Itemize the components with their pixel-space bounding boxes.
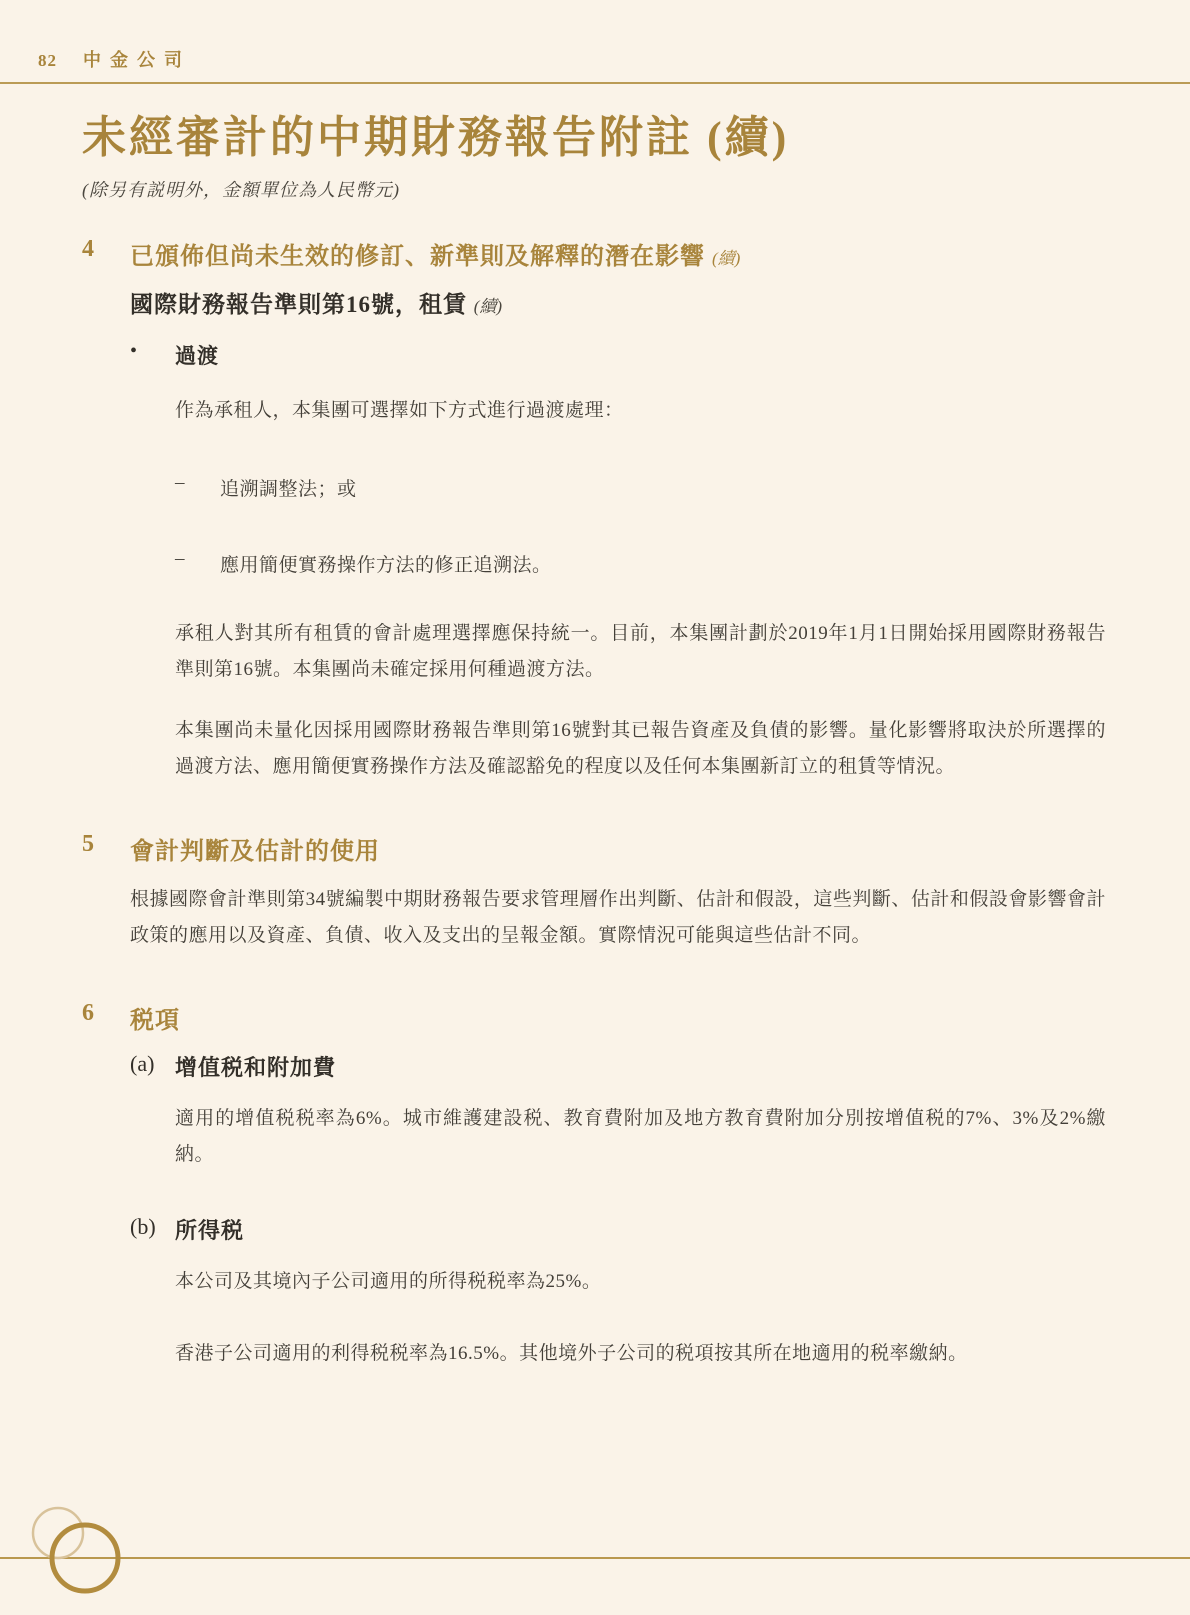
option-item-1-text: 追溯調整法；或 — [220, 472, 357, 508]
transition-bullet: • 過渡 — [130, 340, 1106, 370]
section-6-body: 税項 (a) 增值税和附加費 適用的增值税税率為6%。城市維護建設税、教育費附加… — [130, 1000, 1106, 1372]
footer-circles-decoration — [0, 1490, 170, 1615]
subsection-b-title: 所得税 — [175, 1214, 244, 1245]
document-title: 未經審計的中期財務報告附註 (續) — [82, 110, 1106, 165]
ifrs16-continued-marker: (續) — [474, 297, 502, 316]
income-tax-paragraph: 本公司及其境內子公司適用的所得税税率為25%。 — [175, 1264, 1106, 1300]
subsection-b: (b) 所得税 — [130, 1214, 1106, 1245]
section-4-continued-marker: (續) — [712, 249, 740, 268]
judgements-paragraph: 根據國際會計準則第34號編製中期財務報告要求管理層作出判斷、估計和假設，這些判斷… — [130, 882, 1106, 954]
transition-intro-paragraph: 作為承租人，本集團可選擇如下方式進行過渡處理： — [175, 393, 1106, 429]
option-item-1: – 追溯調整法；或 — [175, 472, 1106, 508]
page-content: 未經審計的中期財務報告附註 (續) (除另有説明外，金額單位為人民幣元) 4 已… — [82, 110, 1106, 1372]
circle-light — [33, 1508, 83, 1558]
subsection-b-content: 本公司及其境內子公司適用的所得税税率為25%。 香港子公司適用的利得税税率為16… — [175, 1264, 1106, 1372]
section-4-heading: 已頒佈但尚未生效的修訂、新準則及解釋的潛在影響 (續) — [130, 236, 1106, 271]
bullet-icon: • — [130, 340, 175, 370]
section-5-heading-text: 會計判斷及估計的使用 — [130, 839, 380, 865]
company-name: 中金公司 — [83, 50, 191, 70]
subsection-a-title: 增值税和附加費 — [175, 1051, 336, 1082]
transition-content: 作為承租人，本集團可選擇如下方式進行過渡處理： – 追溯調整法；或 – 應用簡便… — [175, 393, 1106, 785]
option-item-2: – 應用簡便實務操作方法的修正追溯法。 — [175, 548, 1106, 584]
footer-rule — [0, 1557, 1190, 1559]
section-5-heading: 會計判斷及估計的使用 — [130, 831, 1106, 866]
section-5: 5 會計判斷及估計的使用 根據國際會計準則第34號編製中期財務報告要求管理層作出… — [82, 831, 1106, 954]
page-number: 82 — [38, 51, 57, 70]
section-5-body: 會計判斷及估計的使用 根據國際會計準則第34號編製中期財務報告要求管理層作出判斷… — [130, 831, 1106, 954]
subsection-a-label: (a) — [130, 1051, 175, 1082]
section-6-number: 6 — [82, 1000, 130, 1372]
quantification-paragraph: 本集團尚未量化因採用國際財務報告準則第16號對其已報告資產及負債的影響。量化影響… — [175, 713, 1106, 785]
ifrs16-subheading: 國際財務報告準則第16號，租賃 (續) — [130, 286, 1106, 319]
ifrs16-subheading-text: 國際財務報告準則第16號，租賃 — [130, 292, 467, 317]
subsection-a-content: 適用的增值税税率為6%。城市維護建設税、教育費附加及地方教育費附加分別按增值税的… — [175, 1101, 1106, 1173]
section-5-number: 5 — [82, 831, 130, 954]
subsection-a: (a) 增值税和附加費 — [130, 1051, 1106, 1082]
section-4: 4 已頒佈但尚未生效的修訂、新準則及解釋的潛在影響 (續) 國際財務報告準則第1… — [82, 236, 1106, 785]
report-page: 82中金公司 未經審計的中期財務報告附註 (續) (除另有説明外，金額單位為人民… — [0, 0, 1190, 1615]
section-4-number: 4 — [82, 236, 130, 785]
subsection-b-label: (b) — [130, 1214, 175, 1245]
section-6: 6 税項 (a) 增值税和附加費 適用的增值税税率為6%。城市維護建設税、教育費… — [82, 1000, 1106, 1372]
hk-profits-tax-paragraph: 香港子公司適用的利得税税率為16.5%。其他境外子公司的税項按其所在地適用的税率… — [175, 1336, 1106, 1372]
option-item-2-text: 應用簡便實務操作方法的修正追溯法。 — [220, 548, 552, 584]
document-subtitle: (除另有説明外，金額單位為人民幣元) — [82, 176, 1106, 202]
section-4-body: 已頒佈但尚未生效的修訂、新準則及解釋的潛在影響 (續) 國際財務報告準則第16號… — [130, 236, 1106, 785]
lessee-policy-paragraph: 承租人對其所有租賃的會計處理選擇應保持統一。目前，本集團計劃於2019年1月1日… — [175, 616, 1106, 688]
section-4-heading-text: 已頒佈但尚未生效的修訂、新準則及解釋的潛在影響 — [130, 244, 705, 270]
section-6-heading: 税項 — [130, 1000, 1106, 1035]
page-header: 82中金公司 — [0, 0, 1190, 84]
transition-bullet-title: 過渡 — [175, 340, 219, 370]
section-6-heading-text: 税項 — [130, 1008, 180, 1034]
dash-icon: – — [175, 548, 220, 584]
vat-paragraph: 適用的增值税税率為6%。城市維護建設税、教育費附加及地方教育費附加分別按增值税的… — [175, 1101, 1106, 1173]
dash-icon: – — [175, 472, 220, 508]
